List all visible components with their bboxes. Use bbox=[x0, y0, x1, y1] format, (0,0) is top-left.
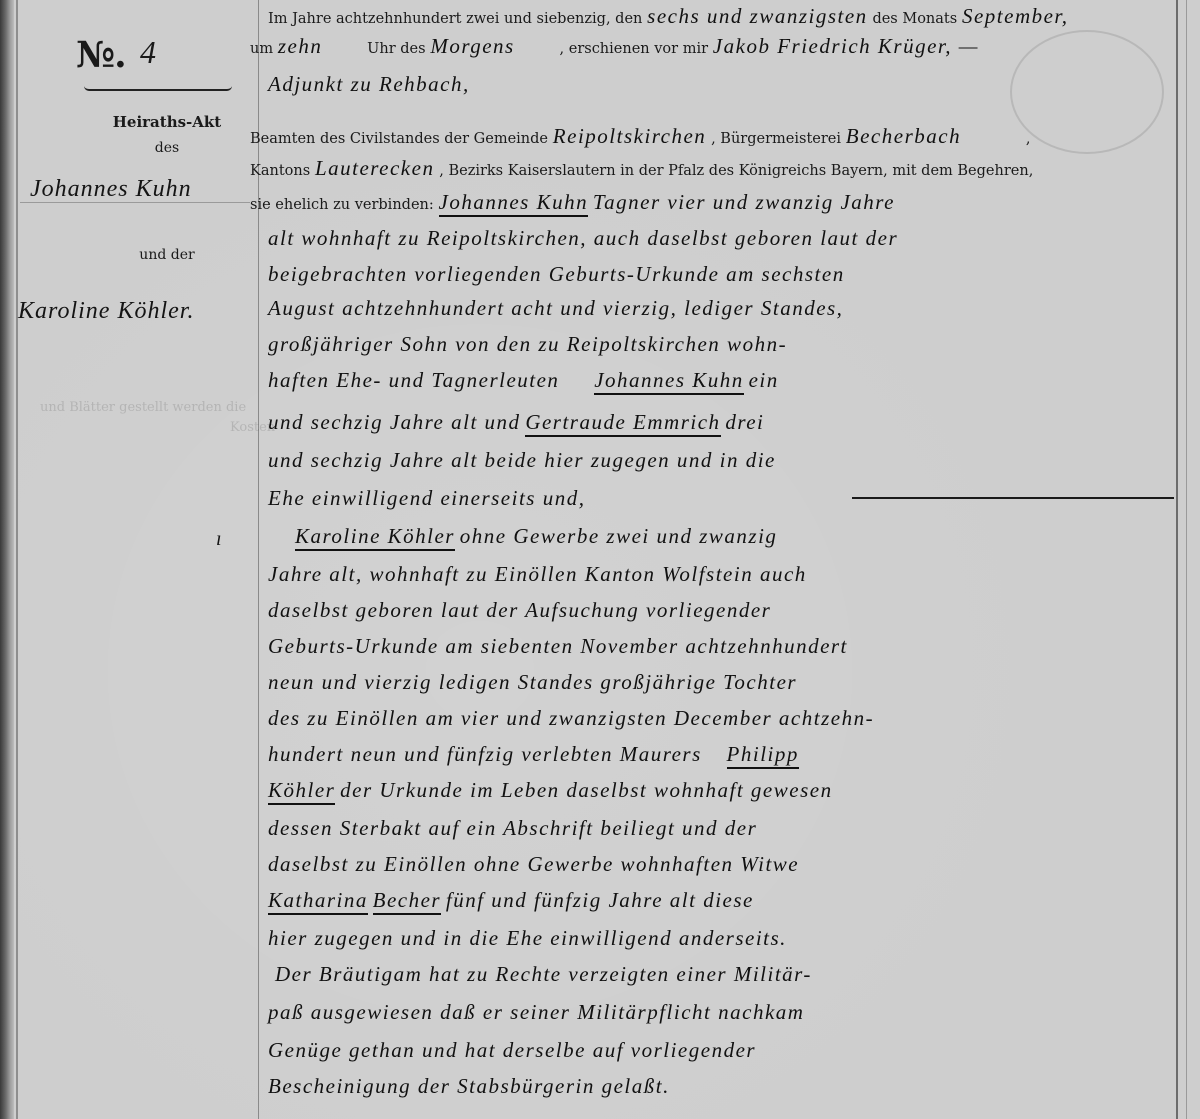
body-line: Köhler der Urkunde im Leben daselbst woh… bbox=[268, 780, 833, 802]
body-line: Im Jahre achtzehnhundert zwei und sieben… bbox=[268, 6, 1069, 29]
stray-ink-mark: ı bbox=[216, 528, 222, 551]
body-line: Genüge gethan und hat derselbe auf vorli… bbox=[268, 1040, 756, 1062]
bride-mother-first-name: Katharina bbox=[268, 888, 368, 915]
body-line: Beamten des Civilstandes der Gemeinde Re… bbox=[250, 126, 1030, 149]
margin-name-guide bbox=[20, 202, 250, 203]
body-line: Ehe einwilligend einerseits und, bbox=[268, 488, 585, 510]
margin-bride-name: Karoline Köhler. bbox=[18, 298, 194, 325]
body-line: dessen Sterbakt auf ein Abschrift beilie… bbox=[268, 818, 757, 840]
body-line: sie ehelich zu verbinden: Johannes Kuhn … bbox=[250, 192, 895, 215]
faded-seal-stamp bbox=[1010, 30, 1164, 154]
record-number-label: №. bbox=[76, 34, 126, 76]
body-line: des zu Einöllen am vier und zwanzigsten … bbox=[268, 708, 874, 730]
body-line: daselbst geboren laut der Aufsuchung vor… bbox=[268, 600, 771, 622]
fill-line bbox=[852, 497, 1174, 499]
body-line: Der Bräutigam hat zu Rechte verzeigten e… bbox=[275, 964, 812, 986]
body-line: und sechzig Jahre alt beide hier zugegen… bbox=[268, 450, 776, 472]
bride-name-underlined: Karoline Köhler bbox=[295, 524, 455, 551]
number-underline-flourish bbox=[84, 86, 232, 91]
body-line: um zehn Uhr des Morgens , erschienen vor… bbox=[250, 36, 979, 59]
body-line: Jahre alt, wohnhaft zu Einöllen Kanton W… bbox=[268, 564, 807, 586]
document-page: №. 4 Heiraths-Akt des Johannes Kuhn und … bbox=[0, 0, 1200, 1119]
body-line: Adjunkt zu Rehbach, bbox=[268, 74, 470, 96]
margin-groom-name: Johannes Kuhn bbox=[30, 176, 192, 203]
body-line: August achtzehnhundert acht und vierzig,… bbox=[268, 298, 843, 320]
body-line: paß ausgewiesen daß er seiner Militärpfl… bbox=[268, 1002, 804, 1024]
body-line: haften Ehe- und Tagnerleuten Johannes Ku… bbox=[268, 370, 779, 392]
body-line: und sechzig Jahre alt und Gertraude Emmr… bbox=[268, 412, 764, 434]
bride-mother-surname: Becher bbox=[373, 888, 441, 915]
body-line: beigebrachten vorliegenden Geburts-Urkun… bbox=[268, 264, 845, 286]
body-line: Katharina Becher fünf und fünfzig Jahre … bbox=[268, 890, 754, 912]
groom-father-name: Johannes Kuhn bbox=[594, 368, 744, 395]
body-line: neun und vierzig ledigen Standes großjäh… bbox=[268, 672, 797, 694]
body-line: alt wohnhaft zu Reipoltskirchen, auch da… bbox=[268, 228, 898, 250]
record-number-value: 4 bbox=[140, 34, 156, 71]
right-page-edge-inner bbox=[1186, 0, 1187, 1119]
body-line: hier zugegen und in die Ehe einwilligend… bbox=[268, 928, 787, 950]
body-line: hundert neun und fünfzig verlebten Maure… bbox=[268, 744, 799, 766]
body-line: Bescheinigung der Stabsbürgerin gelaßt. bbox=[268, 1076, 670, 1098]
groom-mother-name: Gertraude Emmrich bbox=[525, 410, 720, 437]
des-label: des bbox=[92, 140, 242, 156]
book-binding-edge bbox=[0, 0, 14, 1119]
body-line: Geburts-Urkunde am siebenten November ac… bbox=[268, 636, 848, 658]
groom-name-underlined: Johannes Kuhn bbox=[439, 190, 589, 217]
body-line: Kantons Lauterecken , Bezirks Kaiserslau… bbox=[250, 158, 1033, 181]
binding-rule bbox=[16, 0, 18, 1119]
right-page-edge bbox=[1176, 0, 1178, 1119]
und-der-label: und der bbox=[92, 247, 242, 263]
bleed-through-text: und Blätter gestellt werden die bbox=[40, 400, 246, 415]
body-line: Karoline Köhler ohne Gewerbe zwei und zw… bbox=[295, 526, 777, 548]
act-title: Heiraths-Akt bbox=[92, 113, 242, 131]
body-line: daselbst zu Einöllen ohne Gewerbe wohnha… bbox=[268, 854, 799, 876]
bride-father-surname: Köhler bbox=[268, 778, 335, 805]
bride-father-first-name: Philipp bbox=[727, 742, 799, 769]
body-line: großjähriger Sohn von den zu Reipoltskir… bbox=[268, 334, 787, 356]
